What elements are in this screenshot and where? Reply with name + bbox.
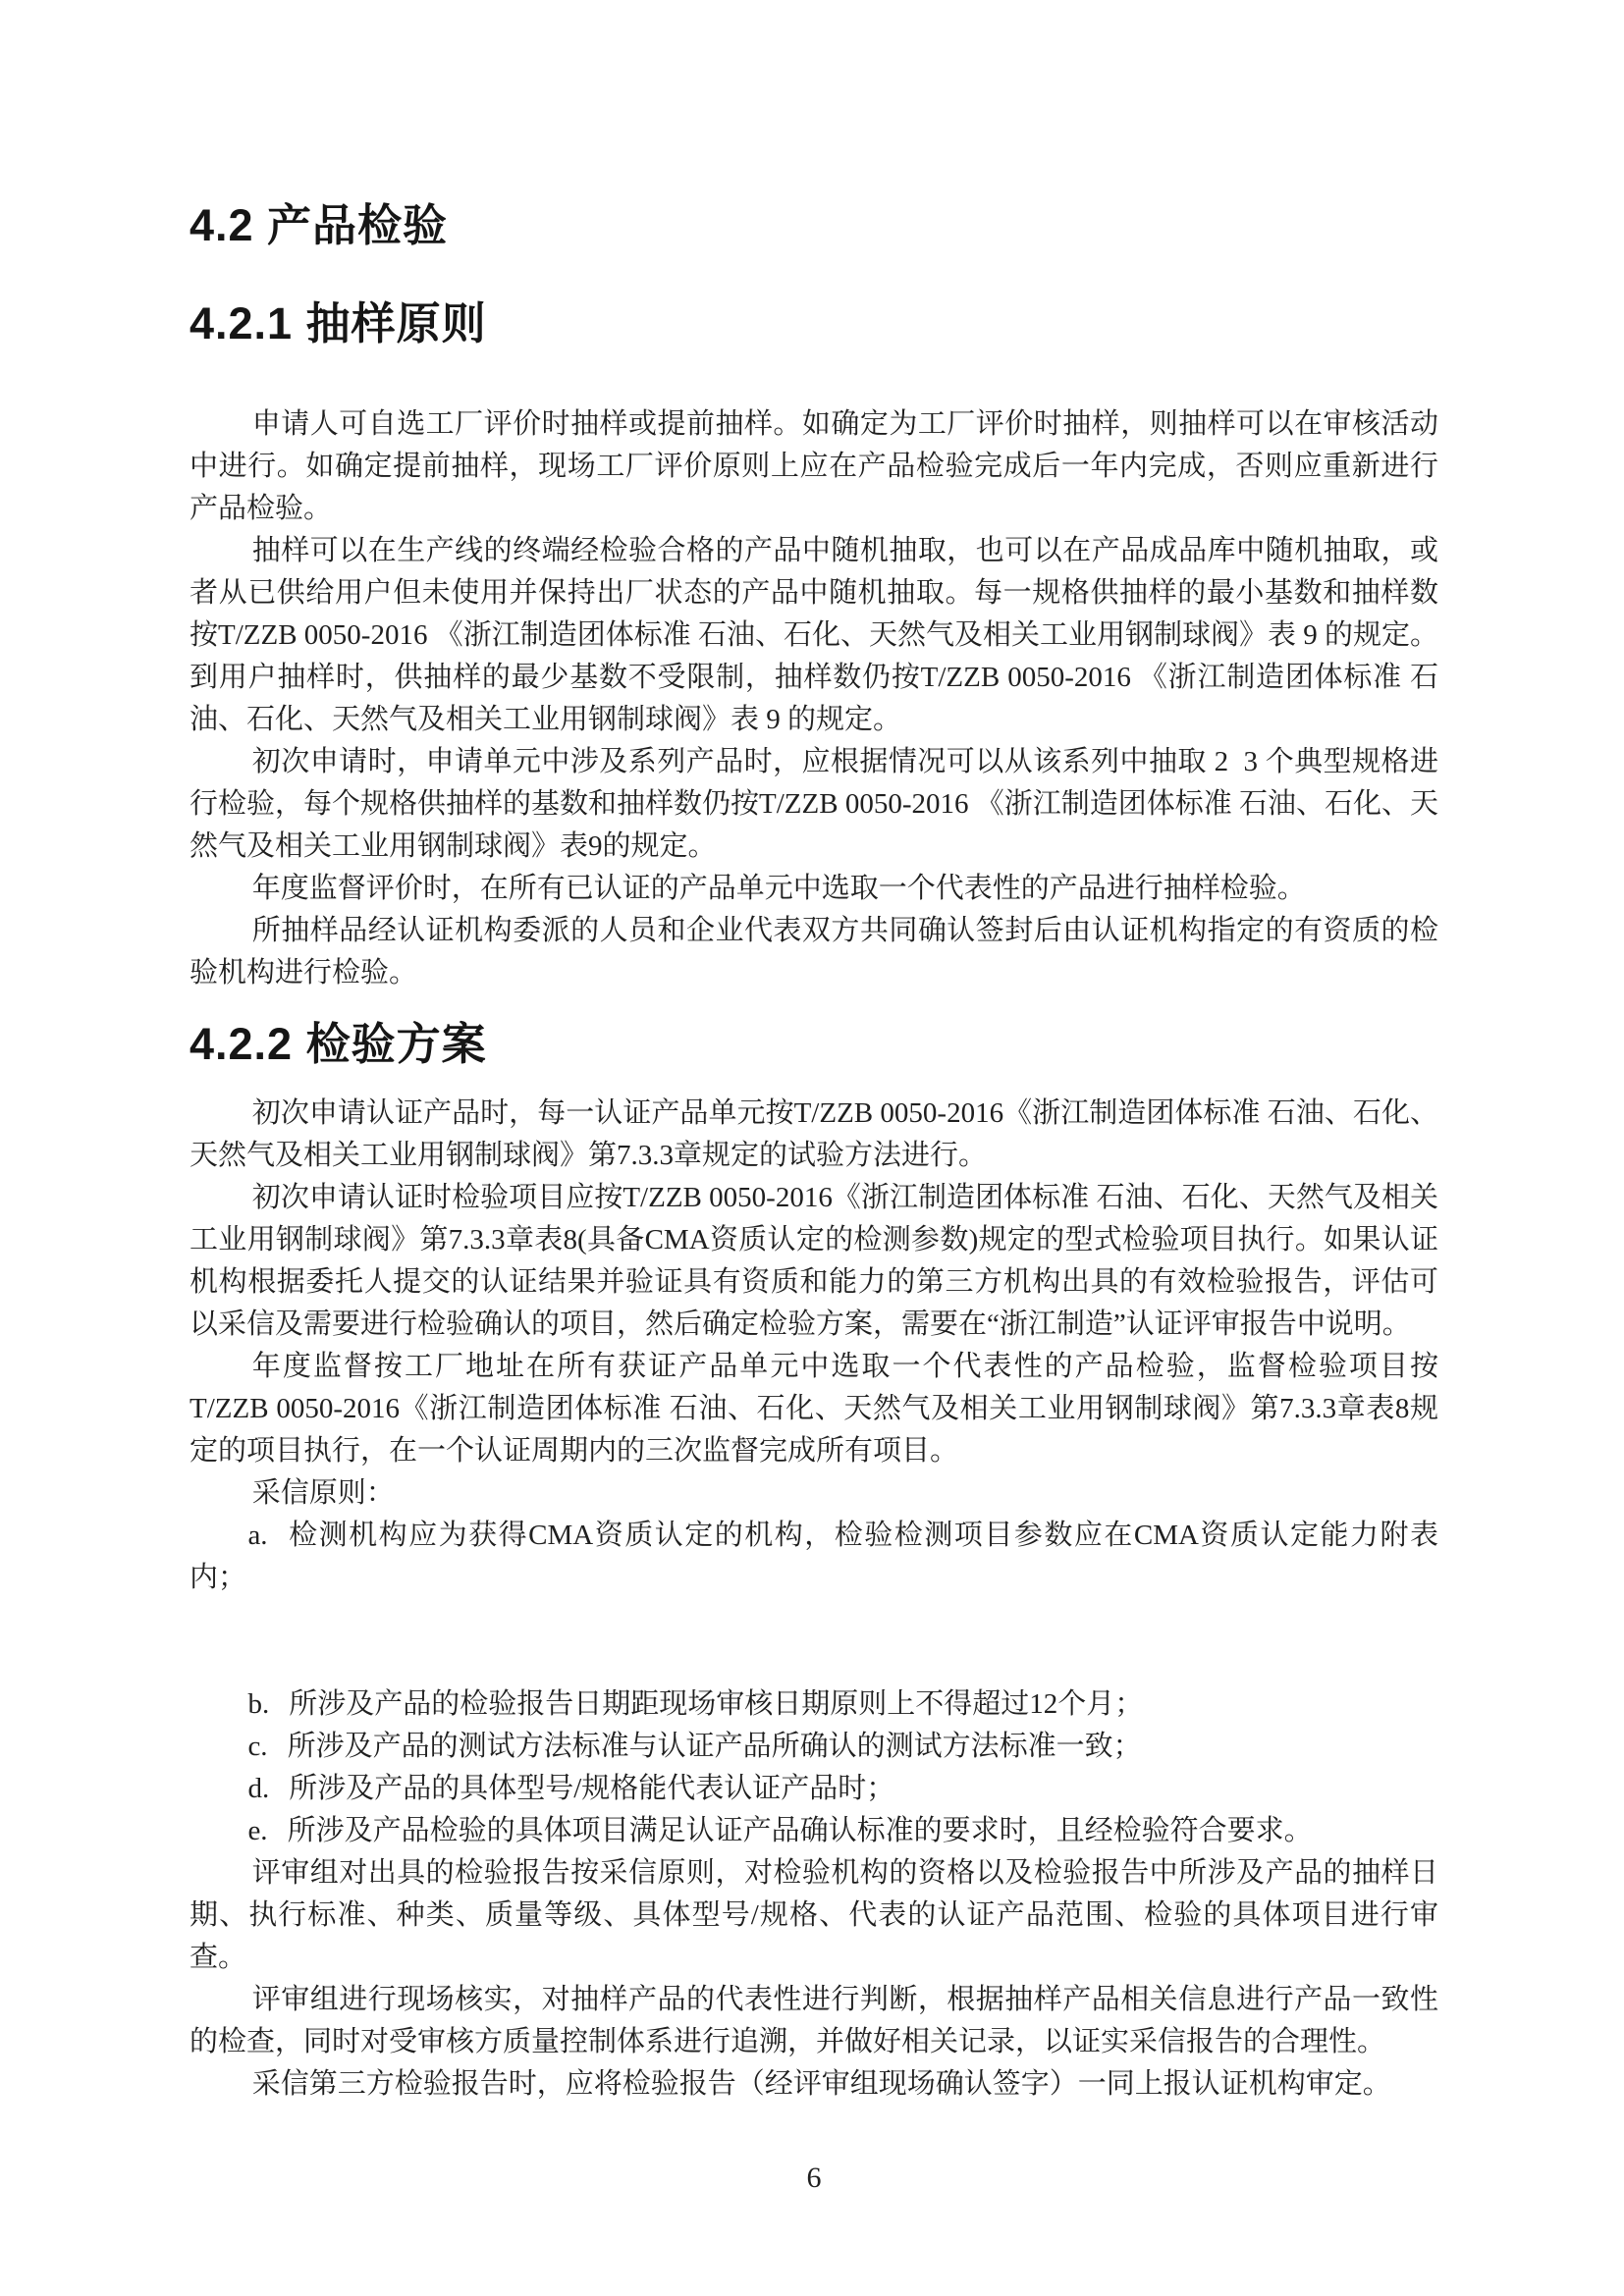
document-page: 4.2 产品检验 4.2.1 抽样原则 申请人可自选工厂评价时抽样或提前抽样。如… xyxy=(0,0,1624,2296)
item-marker: a. xyxy=(247,1520,267,1551)
section-4-2-2-body: 初次申请认证产品时，每一认证产品单元按T/ZZB 0050-2016《浙江制造团… xyxy=(189,1093,1438,2106)
page-footer: 6 xyxy=(189,2161,1438,2196)
section-heading-4-2-1: 4.2.1 抽样原则 xyxy=(189,299,1438,348)
section-heading-4-2-2: 4.2.2 检验方案 xyxy=(189,1020,1438,1069)
item-marker: e. xyxy=(247,1815,267,1846)
list-item-d: d.所涉及产品的具体型号/规格能代表认证产品时； xyxy=(189,1768,1438,1810)
item-marker: c. xyxy=(247,1731,267,1762)
list-item-c: c.所涉及产品的测试方法标准与认证产品所确认的测试方法标准一致； xyxy=(189,1726,1438,1768)
item-marker: b. xyxy=(247,1688,269,1720)
paragraph: 初次申请认证产品时，每一认证产品单元按T/ZZB 0050-2016《浙江制造团… xyxy=(189,1093,1438,1177)
paragraph: 抽样可以在生产线的终端经检验合格的产品中随机抽取，也可以在产品成品库中随机抽取，… xyxy=(189,530,1438,741)
item-text: 所涉及产品的测试方法标准与认证产品所确认的测试方法标准一致； xyxy=(288,1731,1142,1762)
item-text: 所涉及产品的具体型号/规格能代表认证产品时； xyxy=(289,1773,894,1804)
paragraph: 评审组对出具的检验报告按采信原则，对检验机构的资格以及检验报告中所涉及产品的抽样… xyxy=(189,1852,1438,1979)
item-text: 所涉及产品检验的具体项目满足认证产品确认标准的要求时，且经检验符合要求。 xyxy=(288,1815,1313,1846)
paragraph: 评审组进行现场核实，对抽样产品的代表性进行判断，根据抽样产品相关信息进行产品一致… xyxy=(189,1979,1438,2063)
paragraph: 采信第三方检验报告时，应将检验报告（经评审组现场确认签字）一同上报认证机构审定。 xyxy=(189,2063,1438,2106)
list-item-e: e.所涉及产品检验的具体项目满足认证产品确认标准的要求时，且经检验符合要求。 xyxy=(189,1810,1438,1852)
chapter-heading: 4.2 产品检验 xyxy=(189,201,1438,250)
paragraph: 初次申请认证时检验项目应按T/ZZB 0050-2016《浙江制造团体标准 石油… xyxy=(189,1177,1438,1346)
paragraph: 申请人可自选工厂评价时抽样或提前抽样。如确定为工厂评价时抽样，则抽样可以在审核活… xyxy=(189,403,1438,530)
list-item-a: a.检测机构应为获得CMA资质认定的机构，检验检测项目参数应在CMA资质认定能力… xyxy=(189,1515,1438,1599)
credit-rules-intro: 采信原则： xyxy=(189,1472,1438,1515)
page-number: 6 xyxy=(807,2162,822,2194)
paragraph: 所抽样品经认证机构委派的人员和企业代表双方共同确认签封后由认证机构指定的有资质的… xyxy=(189,910,1438,994)
list-item-b: b.所涉及产品的检验报告日期距现场审核日期原则上不得超过12个月； xyxy=(189,1683,1438,1726)
paragraph: 年度监督按工厂地址在所有获证产品单元中选取一个代表性的产品检验，监督检验项目按T… xyxy=(189,1346,1438,1472)
item-text: 所涉及产品的检验报告日期距现场审核日期原则上不得超过12个月； xyxy=(289,1688,1143,1720)
section-4-2-1-body: 申请人可自选工厂评价时抽样或提前抽样。如确定为工厂评价时抽样，则抽样可以在审核活… xyxy=(189,403,1438,994)
item-marker: d. xyxy=(247,1773,269,1804)
paragraph: 初次申请时，申请单元中涉及系列产品时，应根据情况可以从该系列中抽取 2 3 个典… xyxy=(189,741,1438,868)
paragraph: 年度监督评价时，在所有已认证的产品单元中选取一个代表性的产品进行抽样检验。 xyxy=(189,868,1438,910)
item-text: 检测机构应为获得CMA资质认定的机构，检验检测项目参数应在CMA资质认定能力附表… xyxy=(189,1520,1438,1593)
